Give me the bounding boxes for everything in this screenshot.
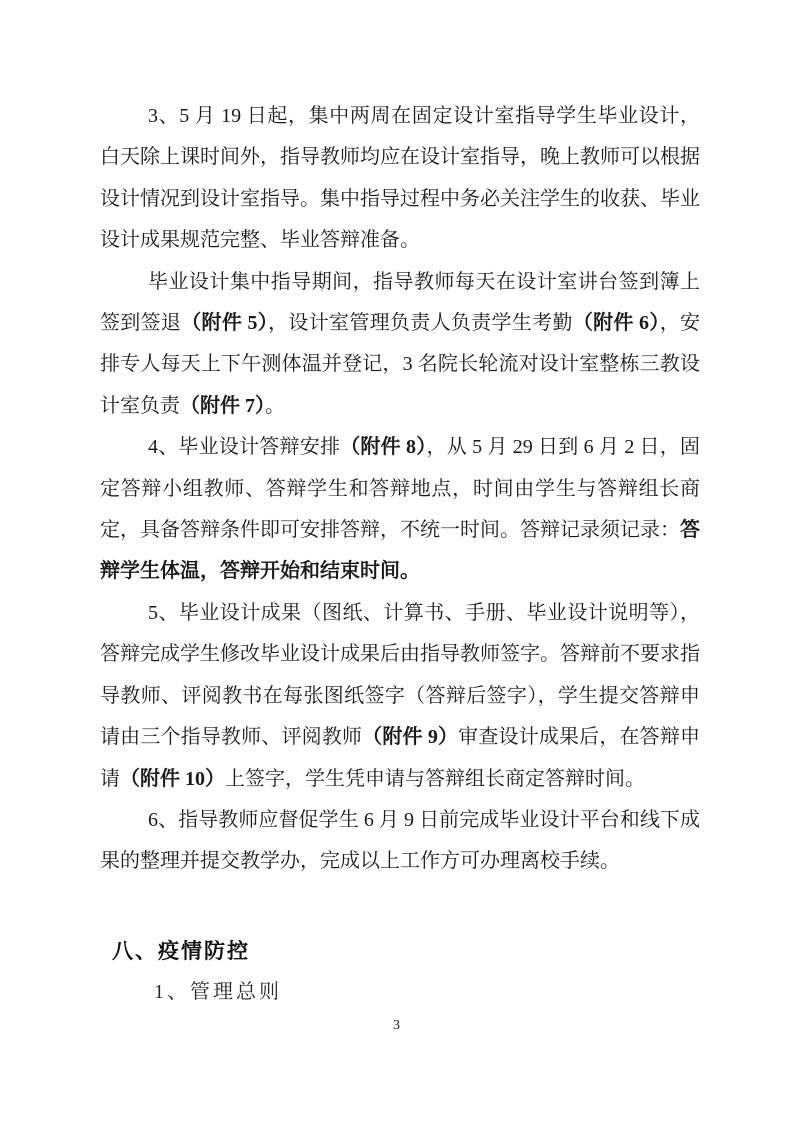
text-run: （附件 6） — [573, 312, 660, 334]
text-run: （附件 5） — [181, 312, 268, 334]
section-heading: 八、疫情防控 — [100, 931, 700, 972]
text-run: （附件 10） — [120, 768, 225, 790]
paragraph: 6、指导教师应督促学生 6 月 9 日前完成毕业设计平台和线下成果的整理并提交教… — [100, 800, 700, 883]
text-run: 3、5 月 19 日起，集中两周在固定设计室指导学生毕业设计，白天除上课时间外，… — [100, 105, 700, 251]
text-run: 。 — [265, 395, 285, 417]
text-run: （附件 8） — [340, 436, 426, 458]
text-run: 4、毕业设计答辩安排 — [148, 436, 340, 458]
text-run: （附件 9） — [362, 726, 458, 748]
text-run: 八、疫情防控 — [112, 940, 250, 963]
document-body: 3、5 月 19 日起，集中两周在固定设计室指导学生毕业设计，白天除上课时间外，… — [100, 96, 700, 1014]
paragraph: 3、5 月 19 日起，集中两周在固定设计室指导学生毕业设计，白天除上课时间外，… — [100, 96, 700, 262]
paragraph: 毕业设计集中指导期间，指导教师每天在设计室讲台签到簿上签到签退（附件 5），设计… — [100, 262, 700, 428]
text-run: 上签字，学生凭申请与答辩组长商定答辩时间。 — [225, 768, 645, 790]
text-run: 1、管理总则 — [154, 981, 282, 1003]
list-item: 1、管理总则 — [100, 972, 700, 1013]
paragraph: 5、毕业设计成果（图纸、计算书、手册、毕业设计说明等），答辩完成学生修改毕业设计… — [100, 593, 700, 800]
document-page: 3、5 月 19 日起，集中两周在固定设计室指导学生毕业设计，白天除上课时间外，… — [0, 0, 793, 1122]
text-run: （附件 7） — [180, 395, 265, 417]
text-run: ，设计室管理负责人负责学生考勤 — [268, 312, 573, 334]
page-number: 3 — [0, 1016, 793, 1036]
text-run: 6、指导教师应督促学生 6 月 9 日前完成毕业设计平台和线下成果的整理并提交教… — [100, 809, 700, 872]
paragraph: 4、毕业设计答辩安排（附件 8），从 5 月 29 日到 6 月 2 日，固定答… — [100, 427, 700, 593]
